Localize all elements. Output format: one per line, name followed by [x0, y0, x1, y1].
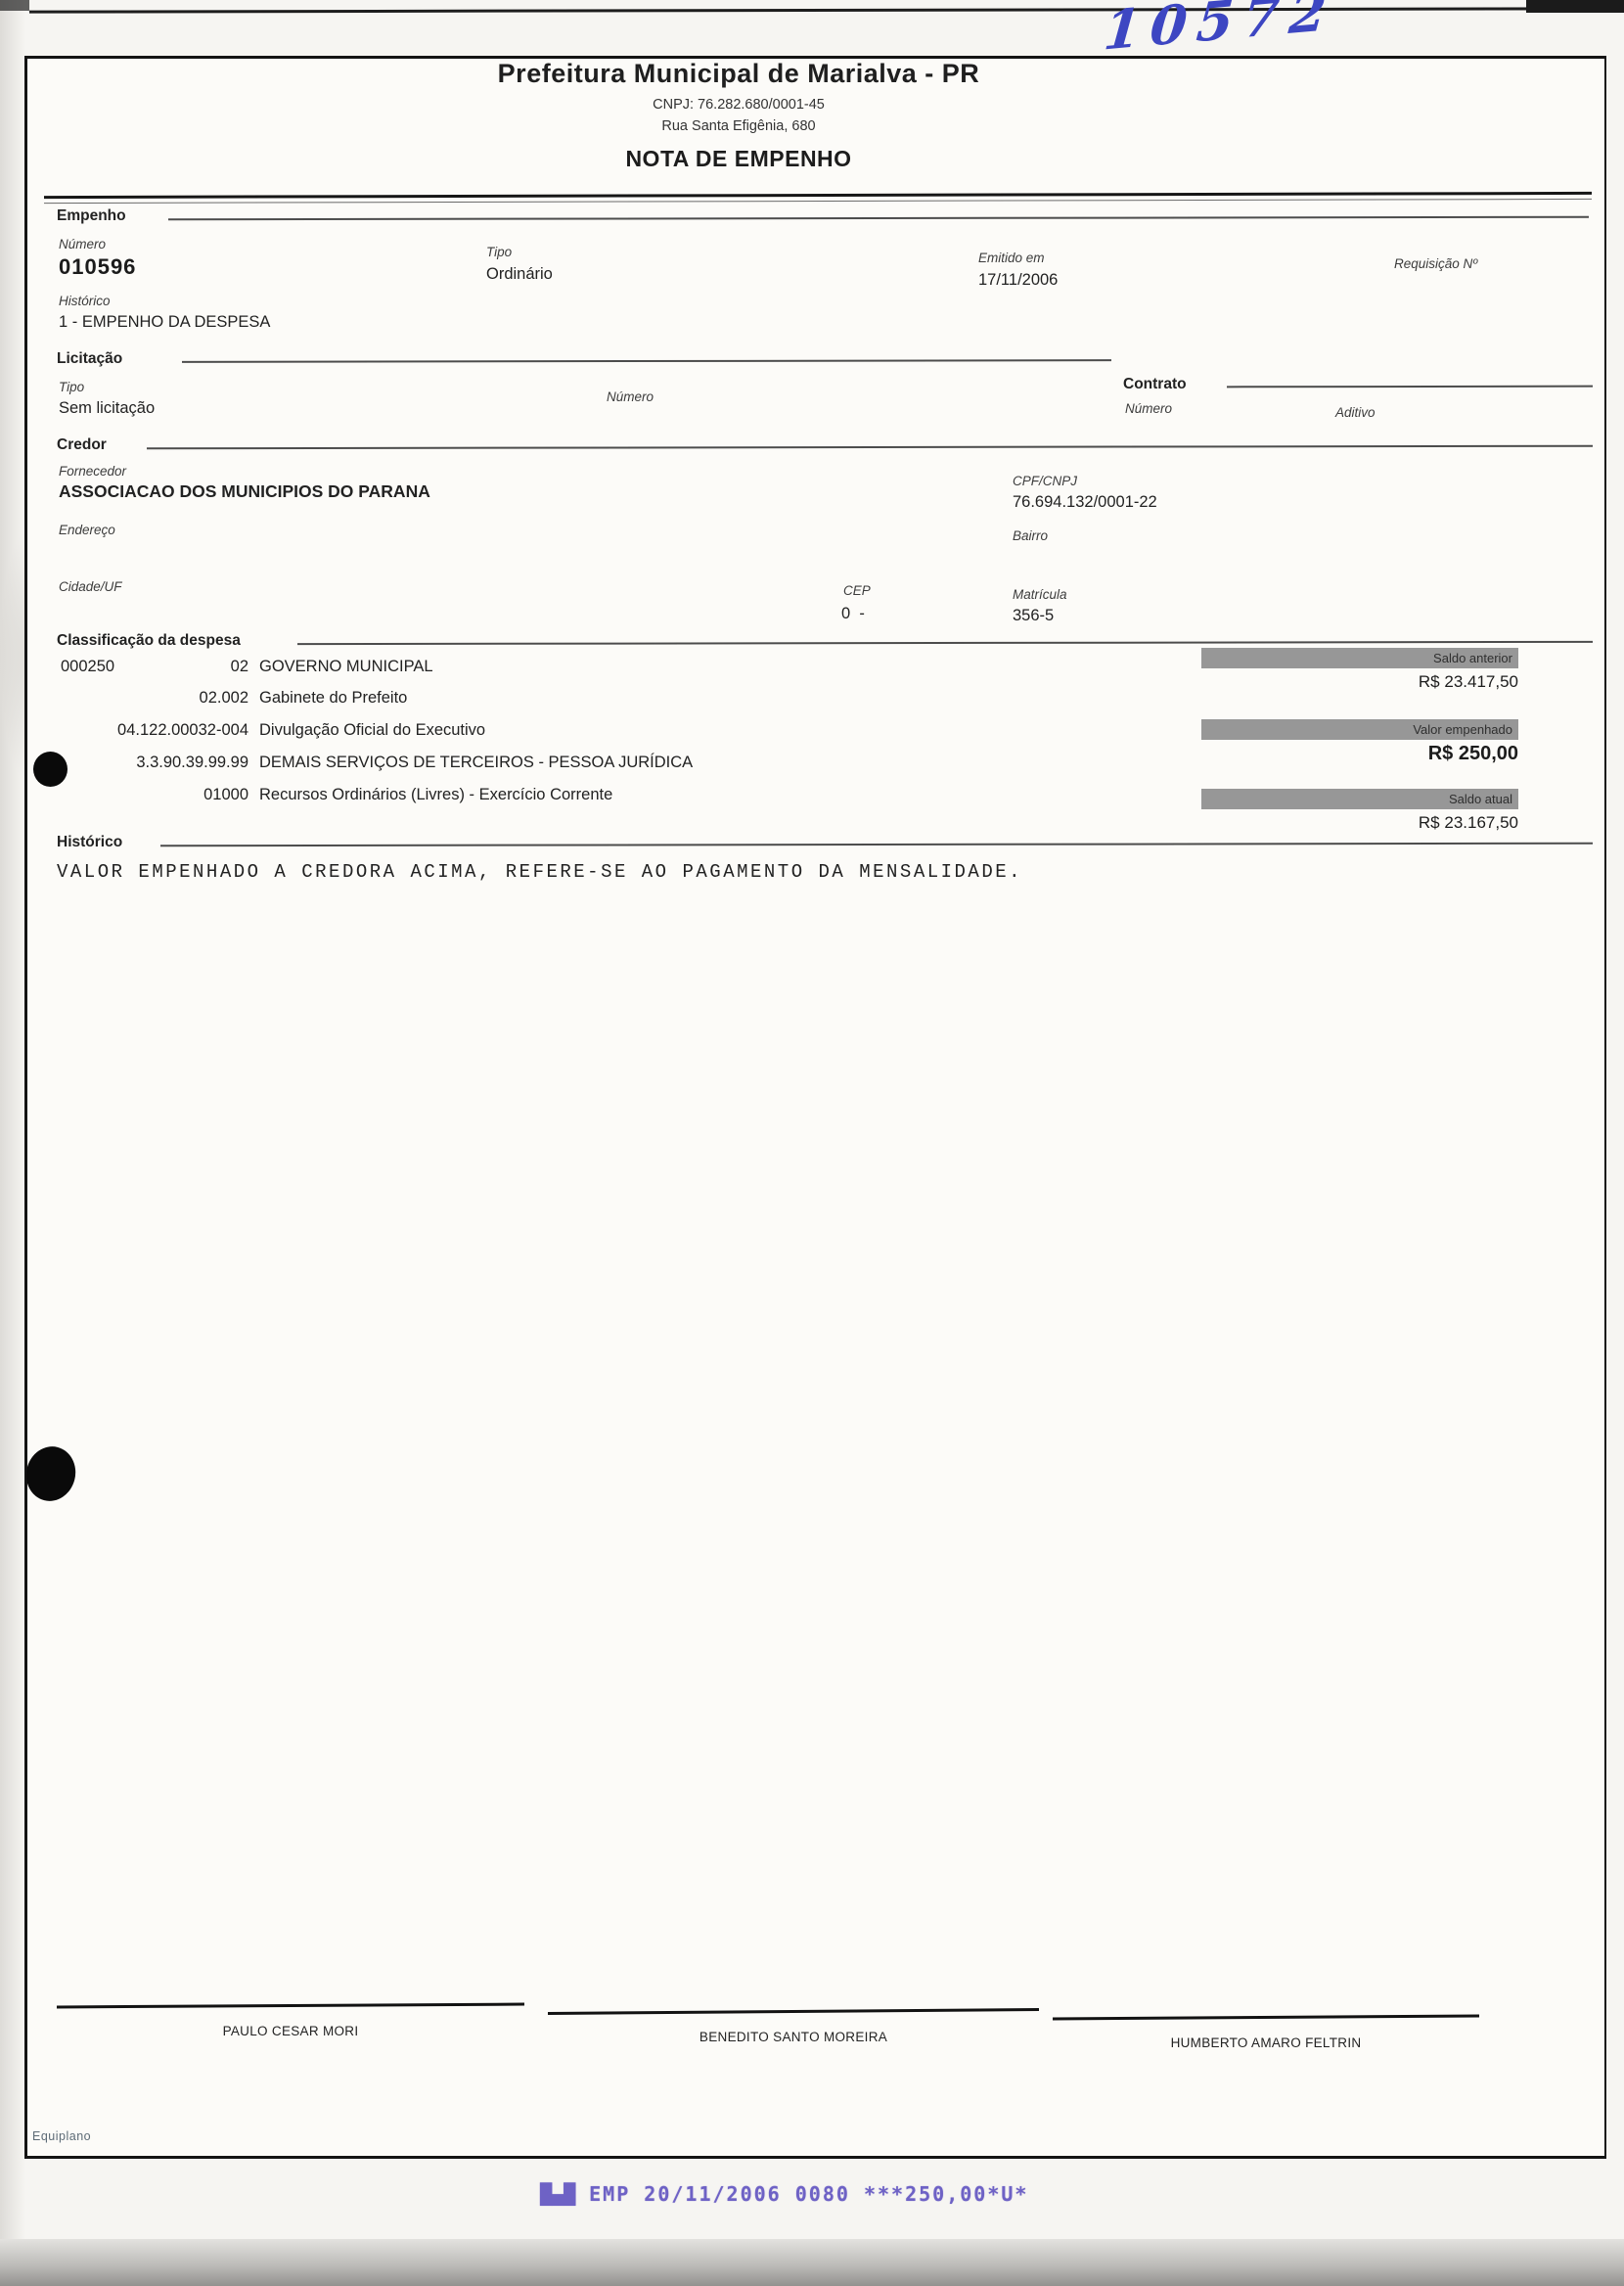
saldo-atual-value: R$ 23.167,50	[1201, 813, 1518, 833]
row-code: 01000	[61, 786, 248, 804]
saldo-anterior-bar: Saldo anterior	[1201, 648, 1518, 668]
row-desc: GOVERNO MUNICIPAL	[248, 658, 433, 676]
contrato-numero-label: Número	[1125, 401, 1172, 416]
scan-left-shadow	[0, 0, 25, 2241]
document-frame	[24, 56, 1606, 2159]
equiplano-brand: Equiplano	[32, 2129, 91, 2143]
matricula-value: 356-5	[1013, 607, 1054, 625]
endereco-label: Endereço	[59, 523, 115, 537]
cep-label: CEP	[843, 583, 871, 598]
matricula-label: Matrícula	[1013, 587, 1067, 602]
empenho-historico-value: 1 - EMPENHO DA DESPESA	[59, 313, 270, 332]
saldo-anterior-value: R$ 23.417,50	[1201, 672, 1518, 692]
classificacao-row: 01000 Recursos Ordinários (Livres) - Exe…	[61, 786, 612, 804]
empenho-numero-label: Número	[59, 237, 106, 251]
stamp-block-glyphs: █▄█	[540, 2182, 575, 2206]
classificacao-row: 04.122.00032-004 Divulgação Oficial do E…	[61, 721, 485, 740]
empenho-tipo-value: Ordinário	[486, 265, 553, 284]
classificacao-row: 000250 02 GOVERNO MUNICIPAL	[61, 658, 433, 676]
cidade-uf-label: Cidade/UF	[59, 579, 122, 594]
section-empenho: Empenho	[57, 207, 126, 225]
punch-hole	[33, 752, 68, 787]
row-desc: Divulgação Oficial do Executivo	[248, 721, 485, 740]
row-desc: DEMAIS SERVIÇOS DE TERCEIROS - PESSOA JU…	[248, 754, 693, 772]
document-title: NOTA DE EMPENHO	[24, 146, 1453, 172]
handwritten-number: 10572	[1102, 0, 1361, 63]
signature-name: PAULO CESAR MORI	[57, 2024, 524, 2038]
scan-bottom-shadow	[0, 2239, 1624, 2286]
org-address: Rua Santa Efigênia, 680	[24, 118, 1453, 134]
valor-empenhado-value: R$ 250,00	[1201, 743, 1518, 765]
row-desc: Recursos Ordinários (Livres) - Exercício…	[248, 786, 612, 804]
empenho-historico-label: Histórico	[59, 294, 111, 308]
row-code: 04.122.00032-004	[61, 721, 248, 740]
section-contrato: Contrato	[1123, 376, 1187, 393]
empenho-numero-value: 010596	[59, 254, 136, 280]
valor-empenhado-bar: Valor empenhado	[1201, 719, 1518, 740]
dot-matrix-stamp: █▄█EMP 20/11/2006 0080 ***250,00*U*	[540, 2182, 1028, 2206]
org-title: Prefeitura Municipal de Marialva - PR	[24, 59, 1453, 89]
licitacao-tipo-label: Tipo	[59, 380, 84, 394]
cep-value: 0 -	[841, 605, 865, 623]
bairro-label: Bairro	[1013, 528, 1048, 543]
fornecedor-value: ASSOCIACAO DOS MUNICIPIOS DO PARANA	[59, 481, 430, 502]
scan-corner-mark	[1526, 0, 1624, 13]
section-licitacao: Licitação	[57, 350, 122, 368]
row-prefix: 000250	[61, 658, 114, 676]
section-historico: Histórico	[57, 834, 122, 851]
scan-corner-mark	[0, 0, 29, 11]
saldo-atual-bar: Saldo atual	[1201, 789, 1518, 809]
org-cnpj: CNPJ: 76.282.680/0001-45	[24, 97, 1453, 113]
scan-top-edge-line	[29, 7, 1595, 13]
emitido-em-label: Emitido em	[978, 251, 1045, 265]
cpf-cnpj-value: 76.694.132/0001-22	[1013, 493, 1157, 512]
section-classificacao: Classificação da despesa	[57, 632, 241, 650]
classificacao-row: 3.3.90.39.99.99 DEMAIS SERVIÇOS DE TERCE…	[61, 754, 693, 772]
emitido-em-value: 17/11/2006	[978, 271, 1058, 290]
contrato-aditivo-label: Aditivo	[1335, 405, 1376, 420]
cpf-cnpj-label: CPF/CNPJ	[1013, 474, 1077, 488]
signature-name: HUMBERTO AMARO FELTRIN	[1053, 2035, 1479, 2050]
stamp-text: EMP 20/11/2006 0080 ***250,00*U*	[589, 2182, 1028, 2206]
classificacao-row: 02.002 Gabinete do Prefeito	[61, 689, 407, 708]
row-code: 02.002	[61, 689, 248, 708]
licitacao-numero-label: Número	[607, 389, 654, 404]
historico-text: VALOR EMPENHADO A CREDORA ACIMA, REFERE-…	[57, 861, 1022, 883]
row-desc: Gabinete do Prefeito	[248, 689, 407, 708]
row-code: 3.3.90.39.99.99	[61, 754, 248, 772]
licitacao-tipo-value: Sem licitação	[59, 399, 155, 418]
scanned-document-page: 10572 Prefeitura Municipal de Marialva -…	[0, 0, 1624, 2286]
requisicao-label: Requisição Nº	[1394, 256, 1477, 271]
signature-name: BENEDITO SANTO MOREIRA	[548, 2030, 1039, 2044]
fornecedor-label: Fornecedor	[59, 464, 126, 479]
empenho-tipo-label: Tipo	[486, 245, 512, 259]
section-credor: Credor	[57, 436, 107, 454]
